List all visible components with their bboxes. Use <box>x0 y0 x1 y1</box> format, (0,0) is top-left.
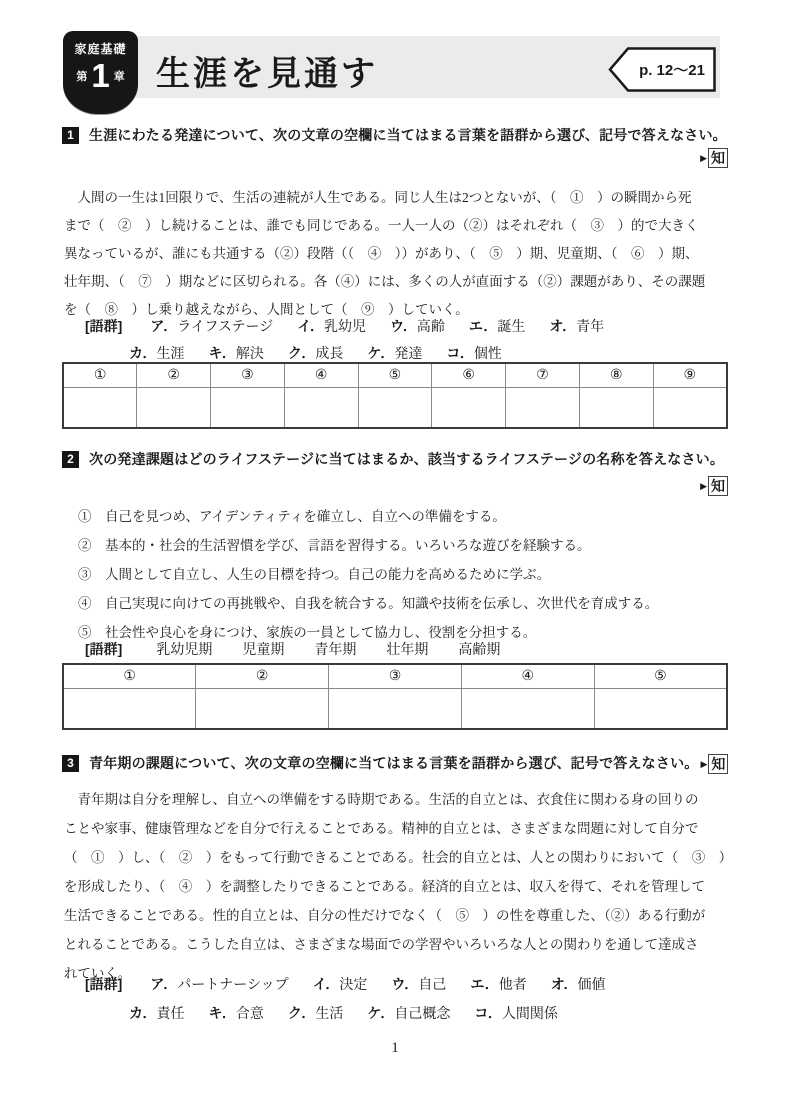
column-header: ② <box>137 363 211 387</box>
arrow-right-icon: ▶ <box>700 481 707 492</box>
paragraph-line: ことや家事、健康管理などを自分で行えることである。精神的自立とは、さまざまな問題… <box>64 814 732 843</box>
knowledge-tag-1: ▶ 知 <box>700 148 728 168</box>
answer-cell <box>358 387 432 428</box>
section1-heading-text: 生涯にわたる発達について、次の文章の空欄に当てはまる言葉を語群から選び、記号で答… <box>89 125 727 146</box>
wordbank-item: ク．成長 <box>288 343 343 363</box>
answer-cell <box>63 688 196 729</box>
answer-cell <box>461 688 594 729</box>
paragraph-line: （ ① ）し、（ ② ）をもって行動できることである。社会的自立とは、人との関わ… <box>64 843 732 872</box>
knowledge-tag-2: ▶ 知 <box>700 476 728 496</box>
wordbank-item: オ．青年 <box>549 316 604 336</box>
answer-cell <box>594 688 727 729</box>
column-header: ⑨ <box>653 363 727 387</box>
answer-cell <box>63 387 137 428</box>
section3-number-badge: 3 <box>62 755 79 772</box>
table-answer-row <box>63 387 727 428</box>
task-item: ① 自己を見つめ、アイデンティティを確立し、自立への準備をする。 <box>78 502 658 531</box>
column-header: ⑥ <box>432 363 506 387</box>
page-number: 1 <box>0 1040 790 1057</box>
arrow-right-icon: ▶ <box>700 153 707 164</box>
column-header: ① <box>63 664 196 688</box>
wordbank-item: キ．合意 <box>208 1003 263 1023</box>
column-header: ① <box>63 363 137 387</box>
wordbank-label: [語群] <box>85 639 122 659</box>
answer-cell <box>579 387 653 428</box>
column-header: ⑤ <box>594 664 727 688</box>
textbook-page-range-tag: p. 12～21 <box>607 46 717 93</box>
wordbank-item: ケ．発達 <box>367 343 422 363</box>
section3-heading: 3 青年期の課題について、次の文章の空欄に当てはまる言葉を語群から選び、記号で答… <box>62 753 742 774</box>
section2-items: ① 自己を見つめ、アイデンティティを確立し、自立への準備をする。 ② 基本的・社… <box>78 502 658 647</box>
wordbank-word: 乳幼児期 <box>156 639 212 659</box>
column-header: ⑧ <box>579 363 653 387</box>
wordbank-item: イ．乳幼児 <box>297 316 366 336</box>
chapter-number-line: 第 1 章 <box>76 58 124 94</box>
paragraph-line: を形成したり、（ ④ ）を調整したりできることである。経済的自立とは、収入を得て… <box>64 872 732 901</box>
table-header-row: ① ② ③ ④ ⑤ <box>63 664 727 688</box>
answer-cell <box>137 387 211 428</box>
wordbank-word: 児童期 <box>242 639 284 659</box>
wordbank-item: カ．生涯 <box>129 343 184 363</box>
wordbank-item: ア．ライフステージ <box>150 316 273 336</box>
chapter-suffix: 章 <box>114 68 125 84</box>
section1-paragraph: 人間の一生は1回限りで、生活の連続が人生である。同じ人生は2つとないが、（ ① … <box>64 184 732 324</box>
task-item: ④ 自己実現に向けての再挑戦や、自我を統合する。知識や技術を伝承し、次世代を育成… <box>78 589 658 618</box>
paragraph-line: まで（ ② ）し続けることは、誰でも同じである。一人一人の（②）はそれぞれ（ ③… <box>64 212 732 240</box>
textbook-page-range: p. 12～21 <box>627 46 717 93</box>
wordbank-item: カ．責任 <box>129 1003 184 1023</box>
column-header: ④ <box>461 664 594 688</box>
wordbank-item: エ．誕生 <box>469 316 525 336</box>
section1-wordbank-row2: カ．生涯 キ．解決 ク．成長 ケ．発達 コ．個性 <box>129 343 502 363</box>
paragraph-line: 人間の一生は1回限りで、生活の連続が人生である。同じ人生は2つとないが、（ ① … <box>64 184 732 212</box>
wordbank-item: ク．生活 <box>288 1003 343 1023</box>
column-header: ⑦ <box>506 363 580 387</box>
paragraph-line: 青年期は自分を理解し、自立への準備をする時期である。生活的自立とは、衣食住に関わ… <box>64 785 732 814</box>
column-header: ③ <box>211 363 285 387</box>
answer-cell <box>432 387 506 428</box>
wordbank-item: キ．解決 <box>208 343 263 363</box>
course-name: 家庭基礎 <box>74 40 126 57</box>
section1-number-badge: 1 <box>62 127 79 144</box>
knowledge-label: 知 <box>708 148 728 168</box>
paragraph-line: とれることである。こうした自立は、さまざまな場面での学習やいろいろな人との関わり… <box>64 930 732 959</box>
answer-cell <box>284 387 358 428</box>
wordbank-item: ア．パートナーシップ <box>150 974 288 994</box>
section2-answer-table: ① ② ③ ④ ⑤ <box>62 663 728 730</box>
wordbank-label: [語群] <box>85 974 122 994</box>
table-answer-row <box>63 688 727 729</box>
wordbank-item: イ．決定 <box>313 974 368 994</box>
column-header: ④ <box>284 363 358 387</box>
answer-cell <box>653 387 727 428</box>
chapter-badge: 家庭基礎 第 1 章 <box>63 31 138 114</box>
column-header: ⑤ <box>358 363 432 387</box>
section3-paragraph: 青年期は自分を理解し、自立への準備をする時期である。生活的自立とは、衣食住に関わ… <box>64 785 732 988</box>
wordbank-item: エ．他者 <box>470 974 526 994</box>
section2-number-badge: 2 <box>62 451 79 468</box>
column-header: ② <box>196 664 329 688</box>
knowledge-tag-3: ▶ 知 <box>700 754 728 774</box>
answer-cell <box>196 688 329 729</box>
worksheet-page: 家庭基礎 第 1 章 生涯を見通す p. 12～21 1 生涯にわたる発達につい… <box>0 0 790 1117</box>
section2-heading-text: 次の発達課題はどのライフステージに当てはまるか、該当するライフステージの名称を答… <box>89 449 724 470</box>
wordbank-label: [語群] <box>85 316 122 336</box>
answer-cell <box>506 387 580 428</box>
answer-cell <box>211 387 285 428</box>
chapter-prefix: 第 <box>76 68 87 84</box>
paragraph-line: 生活できることである。性的自立とは、自分の性だけでなく（ ⑤ ）の性を尊重した、… <box>64 901 732 930</box>
wordbank-item: ケ．自己概念 <box>367 1003 450 1023</box>
wordbank-item: オ．価値 <box>551 974 606 994</box>
section2-wordbank: [語群] 乳幼児期 児童期 青年期 壮年期 高齢期 <box>85 639 500 659</box>
section2-heading: 2 次の発達課題はどのライフステージに当てはまるか、該当するライフステージの名称… <box>62 449 742 470</box>
knowledge-label: 知 <box>708 754 728 774</box>
column-header: ③ <box>329 664 462 688</box>
wordbank-item: ウ．高齢 <box>390 316 445 336</box>
section1-heading: 1 生涯にわたる発達について、次の文章の空欄に当てはまる言葉を語群から選び、記号… <box>62 125 728 146</box>
wordbank-item: ウ．自己 <box>391 974 446 994</box>
section3-wordbank-row1: [語群] ア．パートナーシップ イ．決定 ウ．自己 エ．他者 オ．価値 <box>85 974 605 994</box>
wordbank-item: コ．個性 <box>446 343 501 363</box>
table-header-row: ① ② ③ ④ ⑤ ⑥ ⑦ ⑧ ⑨ <box>63 363 727 387</box>
wordbank-word: 壮年期 <box>386 639 428 659</box>
section1-answer-table: ① ② ③ ④ ⑤ ⑥ ⑦ ⑧ ⑨ <box>62 362 728 429</box>
wordbank-word: 青年期 <box>314 639 356 659</box>
answer-cell <box>329 688 462 729</box>
task-item: ② 基本的・社会的生活習慣を学び、言語を習得する。いろいろな遊びを経験する。 <box>78 531 658 560</box>
wordbank-word: 高齢期 <box>458 639 500 659</box>
section1-wordbank-row1: [語群] ア．ライフステージ イ．乳幼児 ウ．高齢 エ．誕生 オ．青年 <box>85 316 604 336</box>
chapter-number: 1 <box>91 58 109 94</box>
wordbank-item: コ．人間関係 <box>474 1003 557 1023</box>
arrow-right-icon: ▶ <box>700 759 707 770</box>
knowledge-label: 知 <box>708 476 728 496</box>
paragraph-line: 異なっているが、誰にも共通する（②）段階（（ ④ ））があり、（ ⑤ ）期、児童… <box>64 240 732 268</box>
section3-heading-text: 青年期の課題について、次の文章の空欄に当てはまる言葉を語群から選び、記号で答えな… <box>89 753 698 774</box>
section3-wordbank-row2: カ．責任 キ．合意 ク．生活 ケ．自己概念 コ．人間関係 <box>129 1003 558 1023</box>
task-item: ③ 人間として自立し、人生の目標を持つ。自己の能力を高めるために学ぶ。 <box>78 560 658 589</box>
paragraph-line: 壮年期、（ ⑦ ）期などに区切られる。各（④）には、多くの人が直面する（②）課題… <box>64 268 732 296</box>
chapter-title: 生涯を見通す <box>156 46 378 95</box>
